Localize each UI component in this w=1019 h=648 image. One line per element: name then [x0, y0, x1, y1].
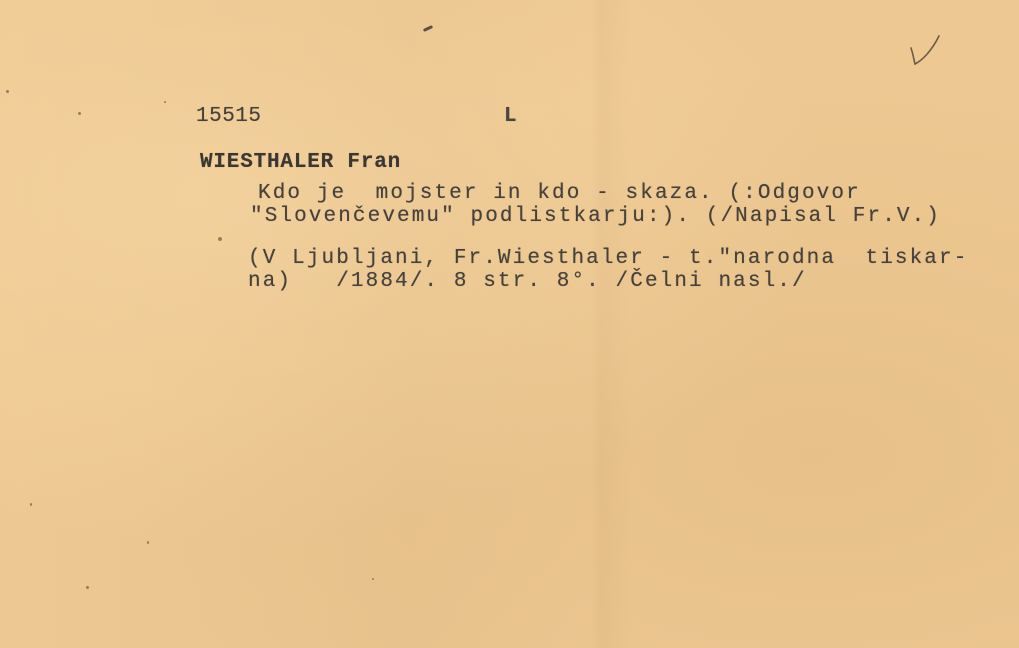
- paper-speck: [218, 237, 222, 241]
- accession-number: 15515: [196, 106, 262, 127]
- catalog-card: 15515 L WIESTHALER Fran Kdo je mojster i…: [0, 0, 1019, 648]
- paper-speck: [372, 578, 374, 580]
- imprint-line-2: na) /1884/. 8 str. 8°. /Čelni nasl./: [248, 271, 807, 292]
- author-heading: WIESTHALER Fran: [200, 152, 401, 173]
- title-line-2: "Slovenčevemu" podlistkarju:). (/Napisal…: [250, 206, 941, 227]
- paper-speck: [6, 90, 9, 93]
- paper-speck: [30, 503, 32, 506]
- pencil-mark: [423, 25, 433, 32]
- imprint-line-1: (V Ljubljani, Fr.Wiesthaler - t."narodna…: [248, 248, 968, 269]
- paper-speck: [78, 112, 81, 115]
- title-line-1: Kdo je mojster in kdo - skaza. (:Odgovor: [258, 183, 861, 204]
- checkmark-icon: [905, 30, 945, 70]
- paper-speck: [86, 586, 89, 589]
- location-mark: L: [504, 106, 518, 127]
- paper-speck: [164, 101, 166, 103]
- paper-speck: [147, 541, 149, 544]
